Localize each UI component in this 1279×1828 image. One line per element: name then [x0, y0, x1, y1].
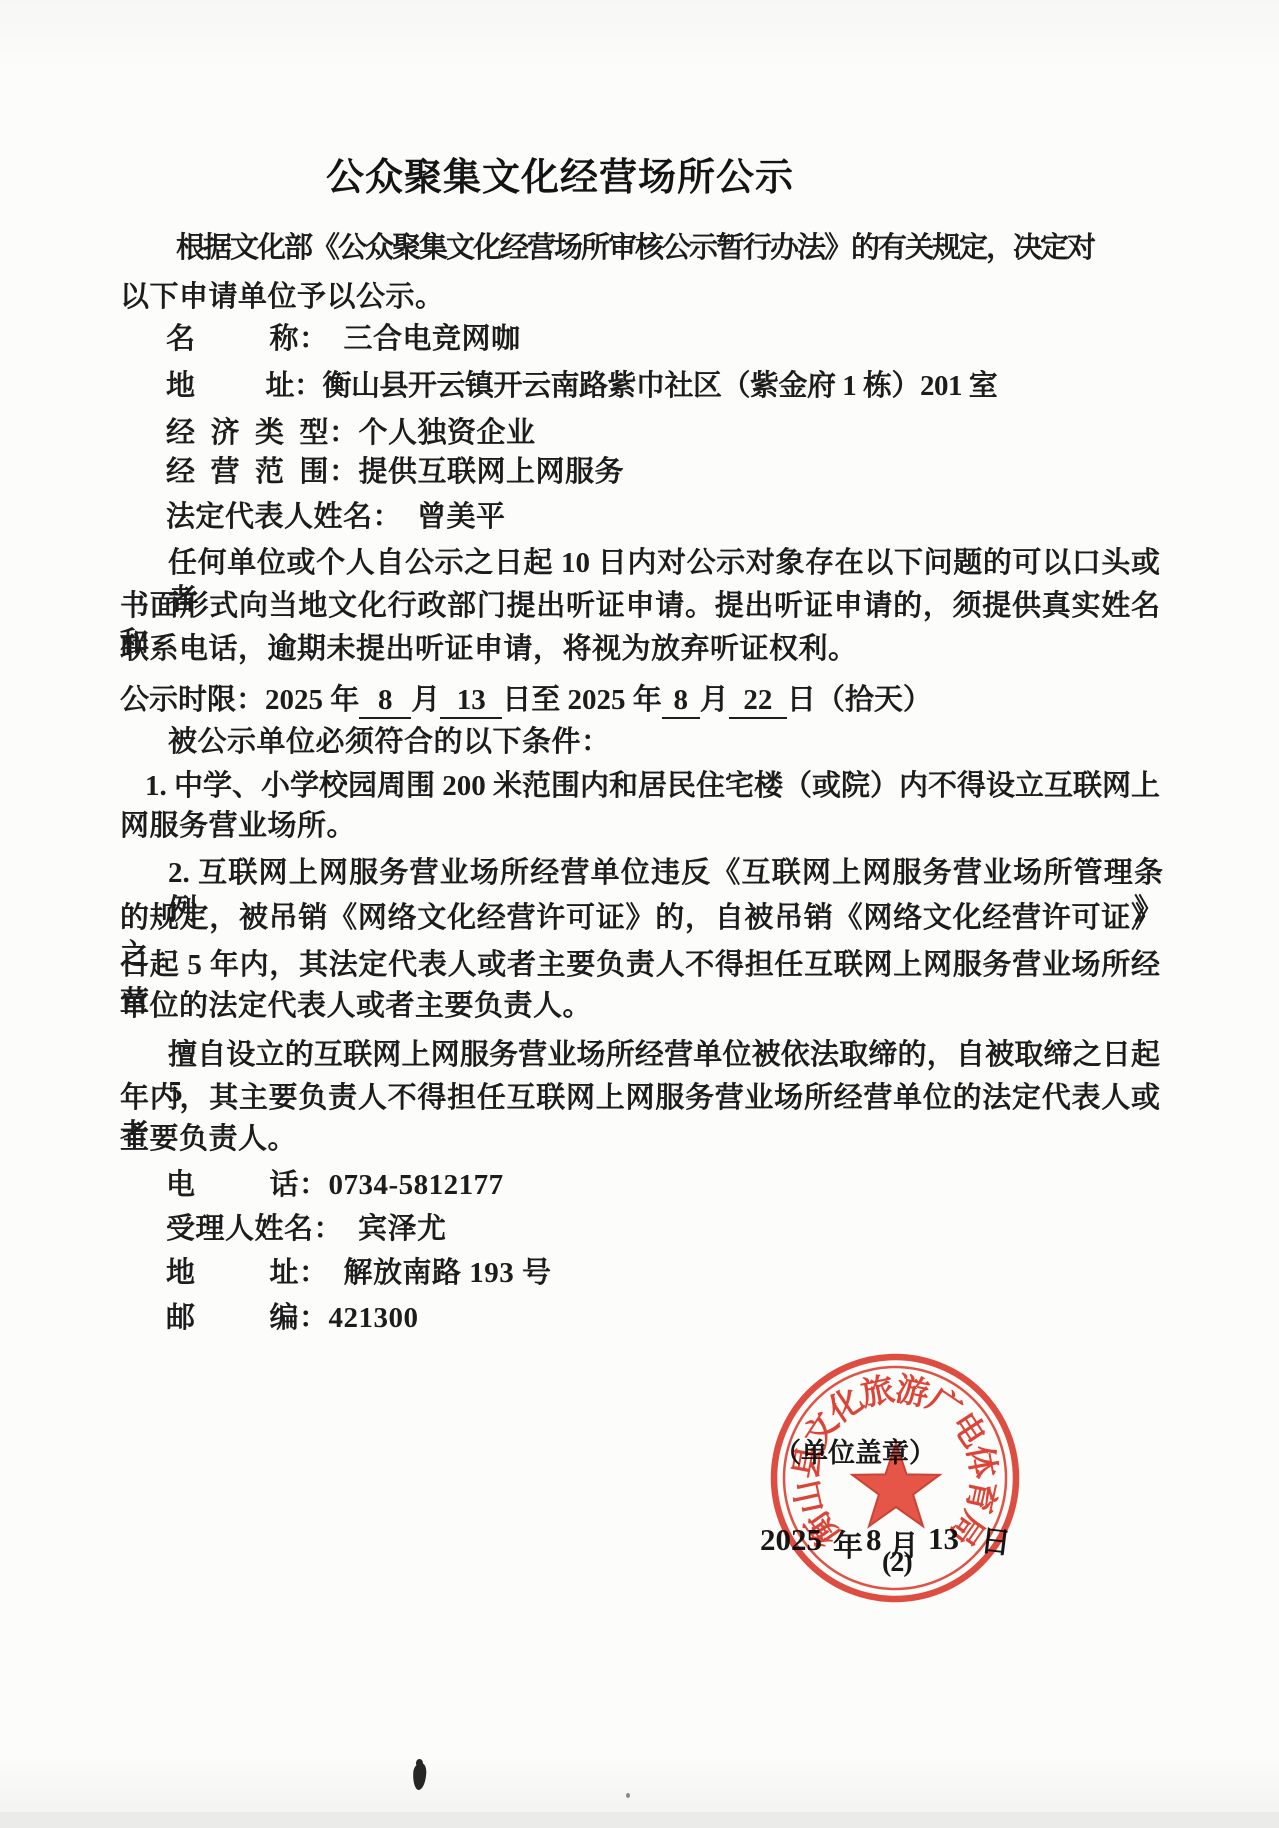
- hearing-line-3: 联系电话，逾期未提出听证申请，将视为放弃听证权利。: [120, 631, 858, 668]
- period-end-day: 22: [729, 684, 787, 719]
- official-seal-stamp: 衡山县文化旅游广电体育局: [765, 1348, 1025, 1608]
- period-month-char: 月: [411, 677, 440, 718]
- scan-edge-shadow: [0, 1812, 1279, 1828]
- contact-phone: 电 话：0734-5812177: [166, 1167, 504, 1204]
- field-business-scope: 经 营 范 围：提供互联网上网服务: [166, 454, 624, 491]
- period-start-day: 13: [440, 684, 502, 719]
- page-title: 公众聚集文化经营场所公示: [40, 146, 1080, 201]
- contact-handler: 受理人姓名： 宾泽尤: [166, 1211, 447, 1248]
- seal-graphic: 衡山县文化旅游广电体育局: [765, 1348, 1025, 1608]
- field-economic-type: 经 济 类 型：个人独资企业: [166, 415, 536, 452]
- period-end-month: 8: [662, 684, 700, 719]
- period-tail: 日（拾天）: [787, 677, 932, 718]
- ink-dot: [626, 1793, 630, 1798]
- period-month-char-2: 月: [700, 677, 729, 718]
- contact-zip: 邮 编：421300: [166, 1300, 419, 1337]
- condition-2-line-4: 单位的法定代表人或者主要负责人。: [120, 988, 592, 1025]
- ink-blot: [412, 1763, 427, 1791]
- field-address: 地 址：衡山县开云镇开云南路紫巾社区（紫金府 1 栋）201 室: [166, 368, 997, 405]
- period-label: 公示时限：2025 年: [120, 677, 359, 718]
- intro-line-1: 根据文化部《公众聚集文化经营场所审核公示暂行办法》的有关规定，决定对: [176, 230, 1094, 267]
- contact-address: 地 址： 解放南路 193 号: [166, 1255, 552, 1292]
- condition-1-line-1: 1. 中学、小学校园周围 200 米范围内和居民住宅楼（或院）内不得设立互联网上: [145, 768, 1160, 805]
- document-page: 公众聚集文化经营场所公示 根据文化部《公众聚集文化经营场所审核公示暂行办法》的有…: [0, 0, 1279, 1828]
- seal-star-icon: [852, 1443, 939, 1526]
- period-mid: 日至 2025 年: [502, 677, 662, 718]
- intro-line-2: 以下申请单位予以公示。: [120, 279, 445, 316]
- notice-period-row: 公示时限：2025 年 8 月 13 日至 2025 年 8 月 22 日（拾天…: [120, 677, 932, 719]
- condition-3-line-3: 主要负责人。: [120, 1121, 297, 1158]
- field-legal-rep: 法定代表人姓名： 曾美平: [166, 499, 506, 536]
- svg-text:山: 山: [789, 1477, 831, 1517]
- svg-text:旅: 旅: [858, 1371, 898, 1414]
- period-start-month: 8: [359, 684, 411, 719]
- conditions-head: 被公示单位必须符合的以下条件：: [168, 724, 611, 761]
- condition-1-line-2: 网服务营业场所。: [120, 808, 356, 845]
- field-name: 名 称： 三合电竞网咖: [166, 321, 521, 358]
